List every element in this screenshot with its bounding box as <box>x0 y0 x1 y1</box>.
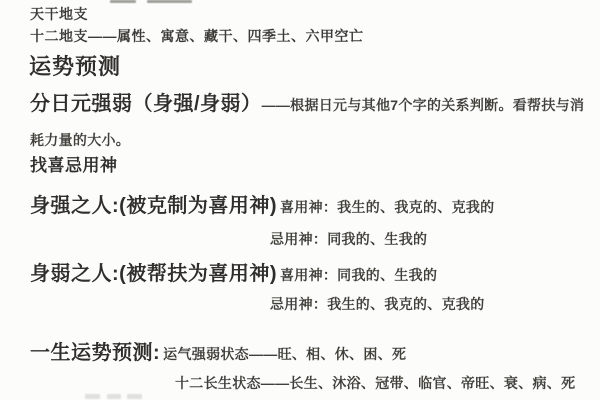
weak-person-favorable: 喜用神：同我的、生我的 <box>280 267 437 283</box>
heading-find-favorable-gods: 找喜忌用神 <box>30 151 118 176</box>
strong-person-unfavorable: 忌用神：同我的、生我的 <box>270 229 427 249</box>
life-forecast-luck-states: 运气强弱状态——旺、相、休、困、死 <box>163 346 406 362</box>
weak-person-lead: 身弱之人:(被帮扶为喜用神) <box>30 263 277 285</box>
paragraph-day-master-strength: 分日元强弱（身强/身弱）——根据日元与其他7个字的关系判断。看帮扶与消耗力量的大… <box>30 87 586 158</box>
clipped-text-fragment-bottom <box>107 394 121 399</box>
life-forecast-lead: 一生运势预测: <box>30 342 160 364</box>
clipped-text-fragment-top <box>147 0 192 3</box>
line-life-forecast: 一生运势预测:运气强弱状态——旺、相、休、困、死 <box>30 336 406 365</box>
strong-person-lead: 身强之人:(被克制为喜用神) <box>30 195 277 217</box>
line-strong-person: 身强之人:(被克制为喜用神)喜用神：我生的、我克的、克我的 <box>30 189 494 218</box>
line-weak-person: 身弱之人:(被帮扶为喜用神)喜用神：同我的、生我的 <box>30 257 437 286</box>
intro-line-twelve-branches: 十二地支——属性、寓意、藏干、四季土、六甲空亡 <box>30 26 364 46</box>
intro-line-tiangan-dizhi: 天干地支 <box>30 4 88 24</box>
clipped-text-fragment-bottom <box>85 394 100 399</box>
document-page: 天干地支 十二地支——属性、寓意、藏干、四季土、六甲空亡 运势预测 分日元强弱（… <box>0 0 600 400</box>
day-master-strength-lead: 分日元强弱（身强/身弱） <box>30 93 262 115</box>
section-heading-fortune-forecast: 运势预测 <box>29 50 121 81</box>
clipped-text-fragment-top <box>110 0 136 3</box>
weak-person-unfavorable: 忌用神：我生的、我克的、克我的 <box>270 294 485 314</box>
clipped-text-fragment-bottom <box>127 394 142 399</box>
life-forecast-twelve-stages: 十二长生状态——长生、沐浴、冠带、临官、帝旺、衰、病、死 <box>175 373 575 393</box>
strong-person-favorable: 喜用神：我生的、我克的、克我的 <box>280 199 495 215</box>
